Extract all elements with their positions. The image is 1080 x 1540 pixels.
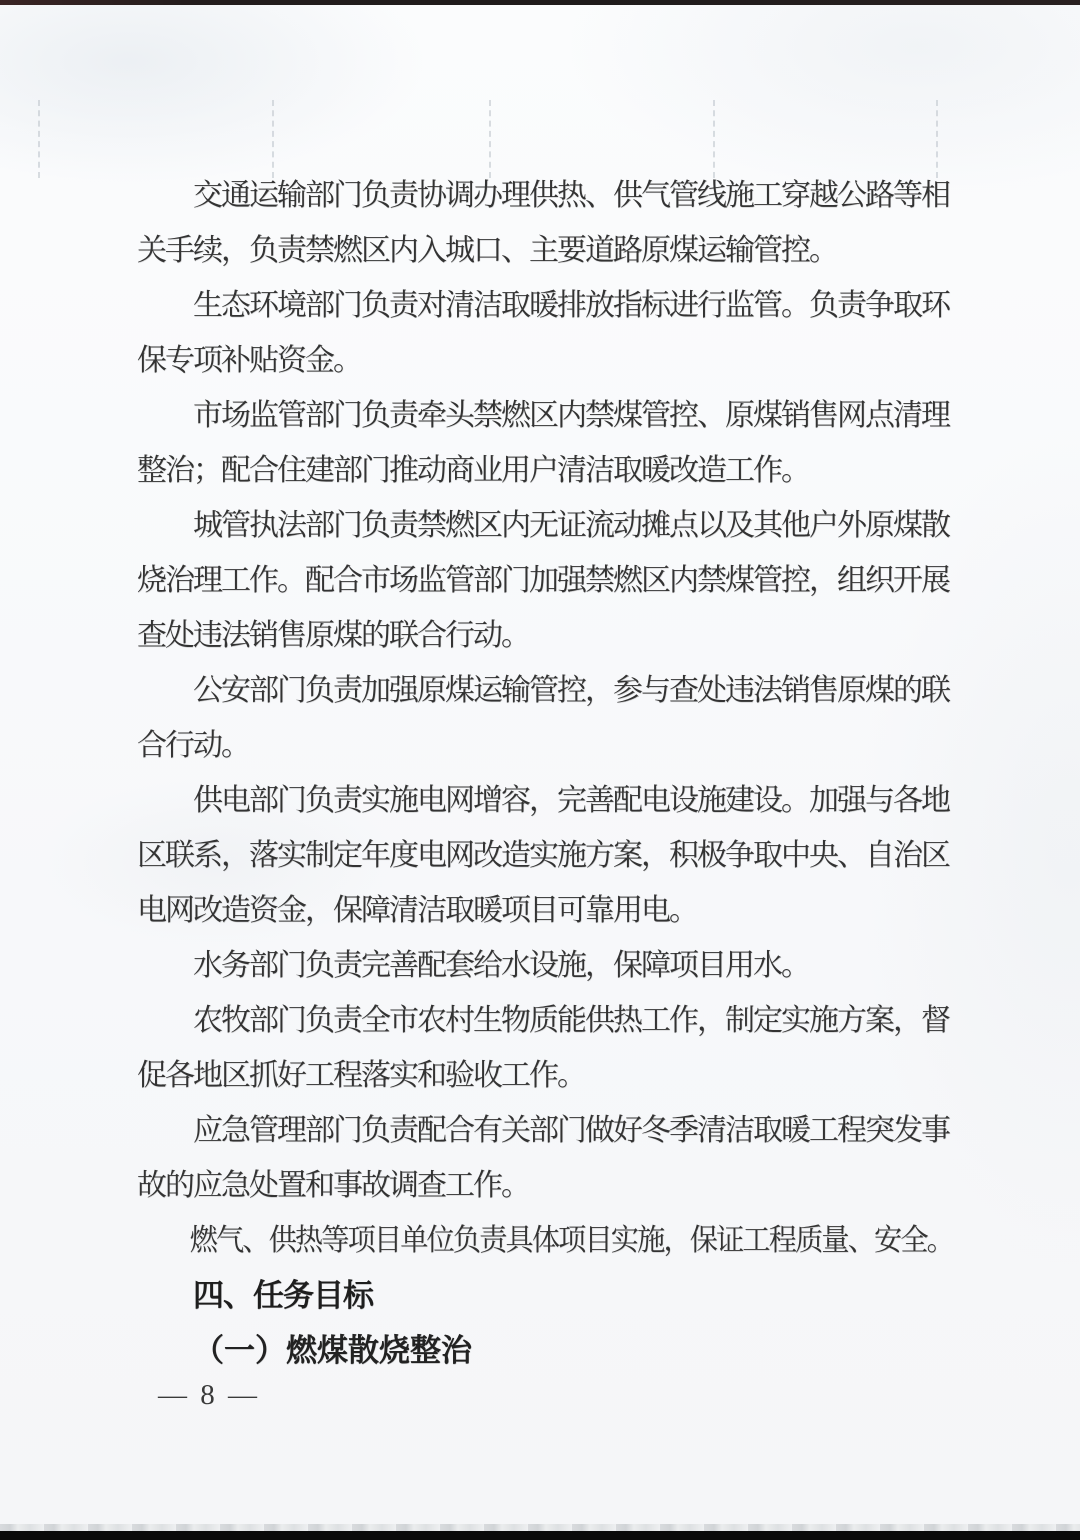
- scan-fold-mark: [489, 100, 491, 178]
- text-line-8: 烧治理工作。配合市场监管部门加强禁燃区内禁煤管控，组织开展: [137, 553, 953, 608]
- text-line-6: 整治；配合住建部门推动商业用户清洁取暖改造工作。: [137, 443, 953, 498]
- page-number: — 8 —: [158, 1368, 260, 1423]
- scan-fold-mark: [936, 100, 938, 178]
- text-line-20: 燃气、供热等项目单位负责具体项目实施，保证工程质量、安全。: [137, 1213, 904, 1268]
- text-line-2: 关手续，负责禁燃区内入城口、主要道路原煤运输管控。: [137, 223, 953, 278]
- scanned-document-page: 交通运输部门负责协调办理供热、供气管线施工穿越公路等相关手续，负责禁燃区内入城口…: [0, 0, 1080, 1540]
- scan-bottom-edge: [0, 1531, 1080, 1540]
- text-line-9: 查处违法销售原煤的联合行动。: [137, 608, 953, 663]
- scan-fold-mark: [272, 100, 274, 178]
- scan-top-edge: [0, 0, 1080, 5]
- text-line-10: 公安部门负责加强原煤运输管控，参与查处违法销售原煤的联: [137, 663, 953, 718]
- section-heading: 四、任务目标: [137, 1268, 953, 1323]
- text-line-4: 保专项补贴资金。: [137, 333, 953, 388]
- text-line-5: 市场监管部门负责牵头禁燃区内禁煤管控、原煤销售网点清理: [137, 388, 953, 443]
- text-line-11: 合行动。: [137, 718, 953, 773]
- text-line-17: 促各地区抓好工程落实和验收工作。: [137, 1048, 953, 1103]
- text-line-15: 水务部门负责完善配套给水设施，保障项目用水。: [137, 938, 953, 993]
- scan-fold-mark: [713, 100, 715, 178]
- text-line-12: 供电部门负责实施电网增容，完善配电设施建设。加强与各地: [137, 773, 953, 828]
- text-line-18: 应急管理部门负责配合有关部门做好冬季清洁取暖工程突发事: [137, 1103, 953, 1158]
- text-line-3: 生态环境部门负责对清洁取暖排放指标进行监管。负责争取环: [137, 278, 953, 333]
- scan-fold-mark: [38, 100, 40, 178]
- text-line-14: 电网改造资金，保障清洁取暖项目可靠用电。: [137, 883, 953, 938]
- text-line-16: 农牧部门负责全市农村生物质能供热工作，制定实施方案，督: [137, 993, 953, 1048]
- document-text-block: 交通运输部门负责协调办理供热、供气管线施工穿越公路等相关手续，负责禁燃区内入城口…: [137, 168, 953, 1378]
- text-line-1: 交通运输部门负责协调办理供热、供气管线施工穿越公路等相: [137, 168, 953, 223]
- text-line-13: 区联系，落实制定年度电网改造实施方案，积极争取中央、自治区: [137, 828, 953, 883]
- text-line-19: 故的应急处置和事故调查工作。: [137, 1158, 953, 1213]
- scan-bottom-speckle: [0, 1524, 1080, 1531]
- text-line-7: 城管执法部门负责禁燃区内无证流动摊点以及其他户外原煤散: [137, 498, 953, 553]
